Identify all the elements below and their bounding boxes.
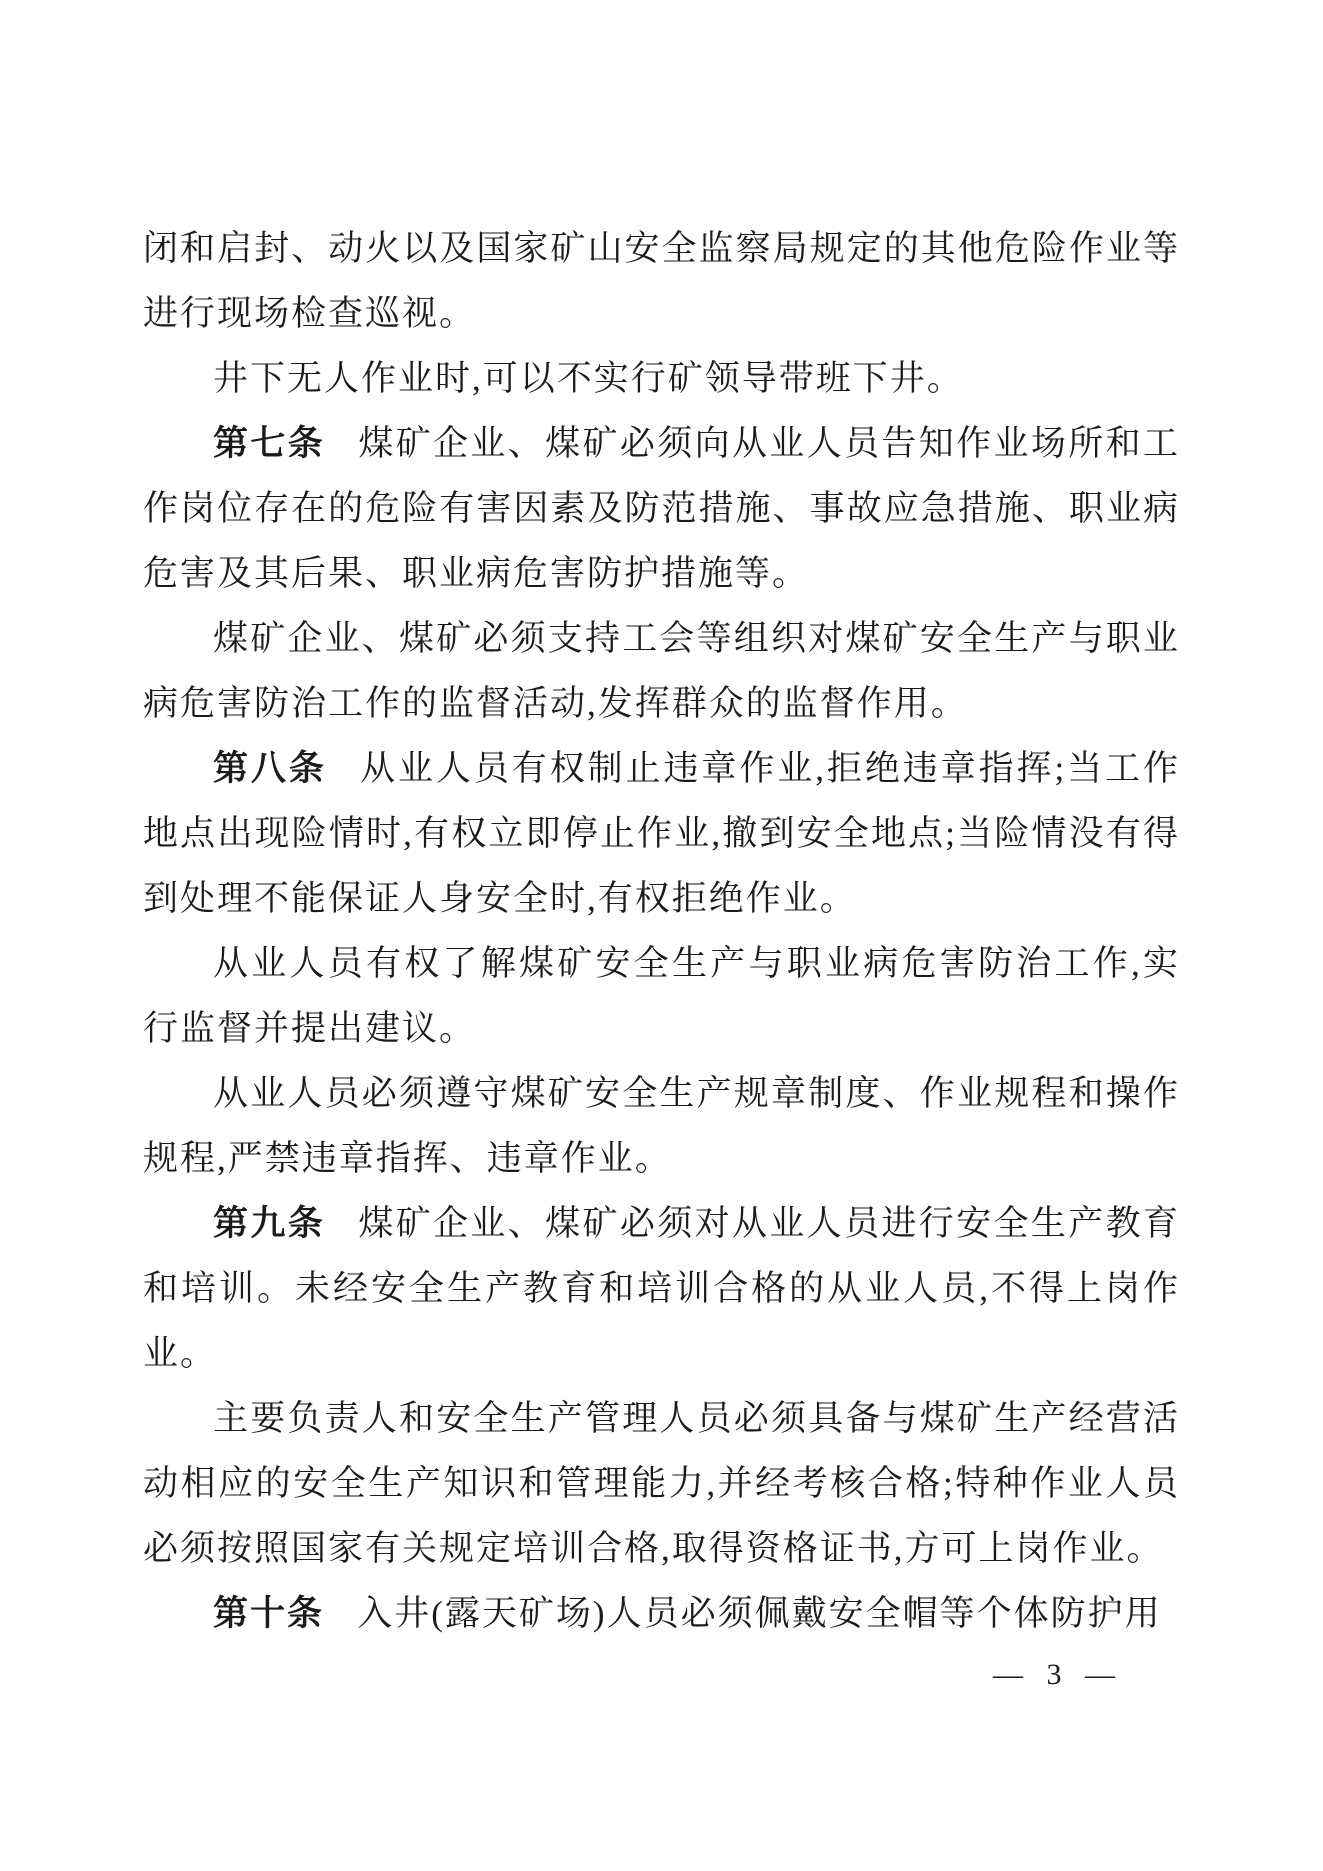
paragraph: 闭和启封、动火以及国家矿山安全监察局规定的其他危险作业等进行现场检查巡视。 bbox=[143, 216, 1180, 346]
article-number: 第九条 bbox=[213, 1204, 325, 1243]
article-number: 第十条 bbox=[213, 1594, 324, 1633]
article-number: 第七条 bbox=[213, 424, 325, 463]
document-body: 闭和启封、动火以及国家矿山安全监察局规定的其他危险作业等进行现场检查巡视。 井下… bbox=[143, 216, 1180, 1646]
document-page: 闭和启封、动火以及国家矿山安全监察局规定的其他危险作业等进行现场检查巡视。 井下… bbox=[0, 0, 1323, 1871]
paragraph: 第八条从业人员有权制止违章作业,拒绝违章指挥;当工作地点出现险情时,有权立即停止… bbox=[143, 736, 1180, 931]
paragraph: 主要负责人和安全生产管理人员必须具备与煤矿生产经营活动相应的安全生产知识和管理能… bbox=[143, 1386, 1180, 1581]
paragraph: 煤矿企业、煤矿必须支持工会等组织对煤矿安全生产与职业病危害防治工作的监督活动,发… bbox=[143, 606, 1180, 736]
paragraph: 井下无人作业时,可以不实行矿领导带班下井。 bbox=[143, 346, 1180, 411]
paragraph: 第七条煤矿企业、煤矿必须向从业人员告知作业场所和工作岗位存在的危险有害因素及防范… bbox=[143, 411, 1180, 606]
paragraph-text: 井下无人作业时,可以不实行矿领导带班下井。 bbox=[213, 359, 964, 398]
paragraph-text: 闭和启封、动火以及国家矿山安全监察局规定的其他危险作业等进行现场检查巡视。 bbox=[143, 229, 1180, 333]
page-number: — 3 — bbox=[993, 1655, 1117, 1695]
paragraph: 第十条入井(露天矿场)人员必须佩戴安全帽等个体防护用 bbox=[143, 1581, 1180, 1646]
paragraph-text: 主要负责人和安全生产管理人员必须具备与煤矿生产经营活动相应的安全生产知识和管理能… bbox=[143, 1399, 1180, 1568]
paragraph-text: 煤矿企业、煤矿必须支持工会等组织对煤矿安全生产与职业病危害防治工作的监督活动,发… bbox=[143, 619, 1180, 723]
paragraph: 从业人员有权了解煤矿安全生产与职业病危害防治工作,实行监督并提出建议。 bbox=[143, 931, 1180, 1061]
paragraph: 第九条煤矿企业、煤矿必须对从业人员进行安全生产教育和培训。未经安全生产教育和培训… bbox=[143, 1191, 1180, 1386]
paragraph: 从业人员必须遵守煤矿安全生产规章制度、作业规程和操作规程,严禁违章指挥、违章作业… bbox=[143, 1061, 1180, 1191]
paragraph-text: 从业人员必须遵守煤矿安全生产规章制度、作业规程和操作规程,严禁违章指挥、违章作业… bbox=[143, 1074, 1180, 1178]
article-number: 第八条 bbox=[213, 749, 327, 788]
paragraph-text: 入井(露天矿场)人员必须佩戴安全帽等个体防护用 bbox=[357, 1594, 1161, 1633]
paragraph-text: 从业人员有权了解煤矿安全生产与职业病危害防治工作,实行监督并提出建议。 bbox=[143, 944, 1180, 1048]
